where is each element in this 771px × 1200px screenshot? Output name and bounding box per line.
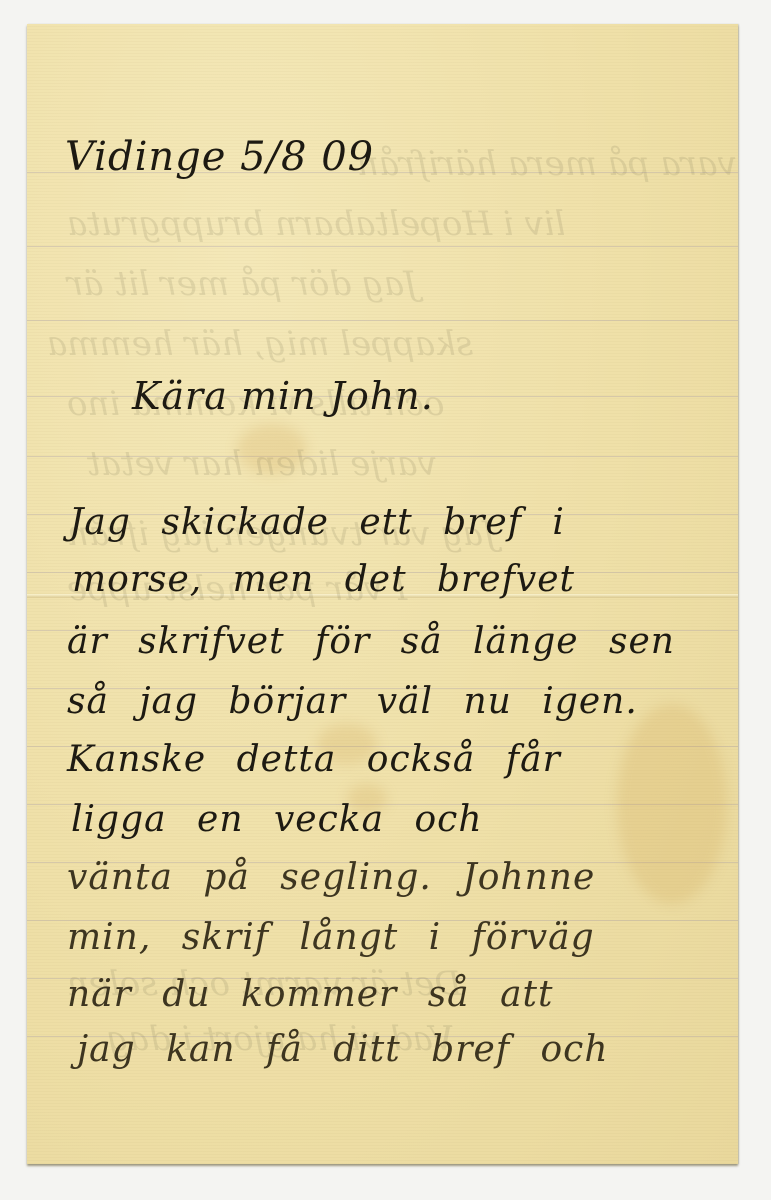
- body-line-5: Kanske detta också får: [67, 739, 561, 780]
- body-line-8: min, skrif långt i förväg: [67, 917, 595, 958]
- body-line-1: Jag skickade ett bref i: [69, 502, 565, 543]
- ruled-line: [27, 246, 738, 247]
- body-line-9: när du kommer så att: [67, 974, 553, 1015]
- ruled-line: [27, 320, 738, 321]
- bleed-through-text: varje liden har vetat: [87, 444, 437, 484]
- bleed-through-text: Jag dör på mer lit är: [67, 264, 418, 304]
- bleed-through-text: skappel mig, här hemma: [47, 324, 473, 364]
- stain: [617, 704, 727, 904]
- letter-paper: vara på mera härifrån liv i Hopeltabarn …: [27, 24, 738, 1164]
- body-line-6: ligga en vecka och: [71, 799, 483, 840]
- body-line-3: är skrifvet för så länge sen: [67, 621, 675, 662]
- scan-background: vara på mera härifrån liv i Hopeltabarn …: [0, 0, 771, 1200]
- body-line-2: morse, men det brefvet: [72, 559, 575, 600]
- body-line-10: jag kan få ditt bref och: [77, 1029, 609, 1070]
- greeting: Kära min John.: [132, 374, 434, 418]
- body-line-7: vänta på segling. Johnne: [67, 857, 595, 898]
- bleed-through-text: vara på mera härifrån: [357, 144, 737, 184]
- bleed-through-text: liv i Hopeltabarn bruppgruta: [67, 204, 566, 244]
- place-date-heading: Vidinge 5/8 09: [65, 134, 374, 180]
- body-line-4: så jag börjar väl nu igen.: [67, 681, 638, 722]
